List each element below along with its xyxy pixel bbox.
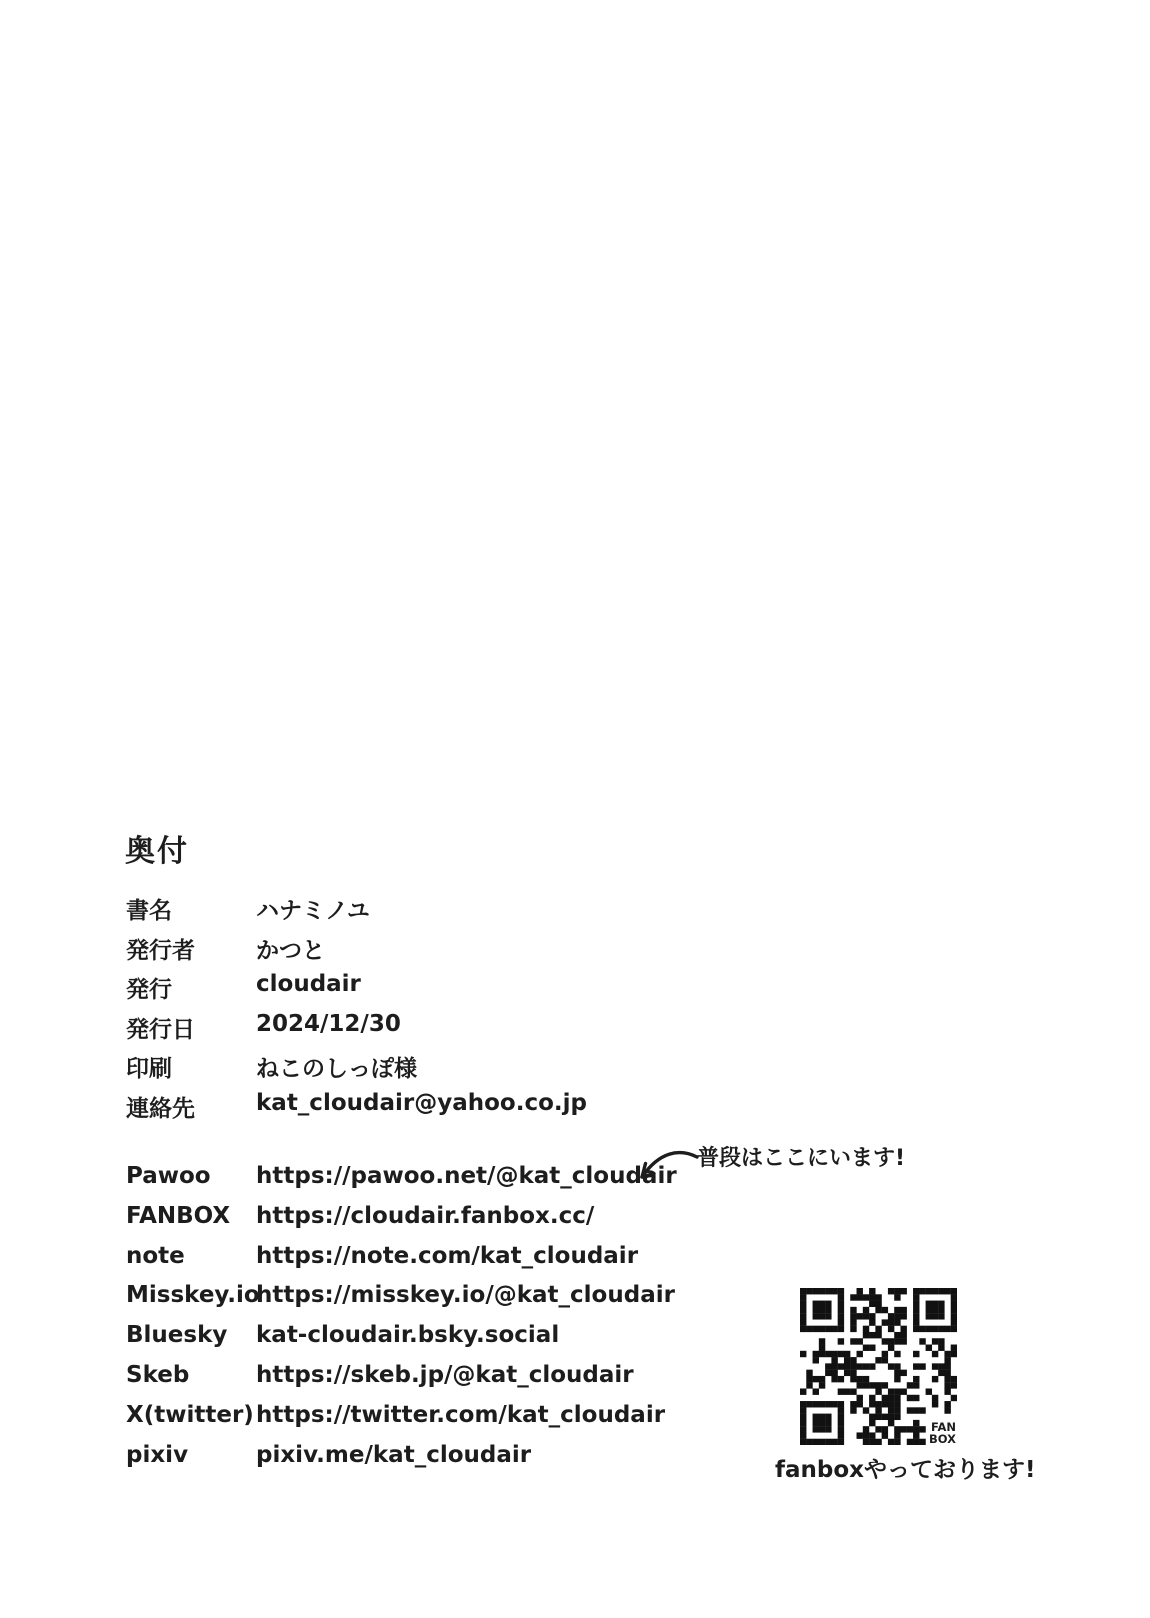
link-label: Pawoo [126, 1163, 256, 1189]
book-title: ハナミノユ [256, 892, 370, 925]
link-url: https://pawoo.net/@kat_cloudair [256, 1163, 677, 1189]
link-row-twitter: X(twitter) https://twitter.com/kat_cloud… [126, 1402, 677, 1442]
contact-email: kat_cloudair@yahoo.co.jp [256, 1090, 587, 1116]
colophon-row: 発行日 2024/12/30 [126, 1011, 587, 1051]
fanbox-qr-logo: FAN BOX [926, 1421, 956, 1445]
link-url: https://skeb.jp/@kat_cloudair [256, 1362, 634, 1388]
curved-arrow-icon [633, 1146, 703, 1188]
link-url: https://note.com/kat_cloudair [256, 1243, 638, 1269]
fanbox-qr-code: FAN BOX [800, 1288, 957, 1445]
link-url: https://twitter.com/kat_cloudair [256, 1402, 665, 1428]
colophon-row: 印刷 ねこのしっぽ様 [126, 1050, 587, 1090]
colophon-label: 印刷 [126, 1050, 256, 1083]
colophon-row: 発行 cloudair [126, 971, 587, 1011]
link-url: kat-cloudair.bsky.social [256, 1322, 559, 1348]
link-row-skeb: Skeb https://skeb.jp/@kat_cloudair [126, 1362, 677, 1402]
colophon-row: 書名 ハナミノユ [126, 892, 587, 932]
link-row-misskey: Misskey.io https://misskey.io/@kat_cloud… [126, 1282, 677, 1322]
fanbox-caption: fanboxやっております! [775, 1451, 1036, 1484]
link-label: Bluesky [126, 1322, 256, 1348]
link-label: Misskey.io [126, 1282, 256, 1308]
link-row-note: note https://note.com/kat_cloudair [126, 1243, 677, 1283]
colophon-label: 書名 [126, 892, 256, 925]
printer-name: ねこのしっぽ様 [256, 1050, 417, 1083]
colophon-label: 発行 [126, 971, 256, 1004]
link-url: https://misskey.io/@kat_cloudair [256, 1282, 675, 1308]
link-url: https://cloudair.fanbox.cc/ [256, 1203, 594, 1229]
link-label: note [126, 1243, 256, 1269]
colophon-label: 発行者 [126, 932, 256, 965]
page-title: 奥付 [125, 826, 189, 870]
publication-date: 2024/12/30 [256, 1011, 401, 1037]
link-label: pixiv [126, 1442, 256, 1468]
handwritten-note: 普段はここにいます! [697, 1141, 905, 1172]
link-label: FANBOX [126, 1203, 256, 1229]
colophon-label: 連絡先 [126, 1090, 256, 1123]
colophon-info: 書名 ハナミノユ 発行者 かつと 発行 cloudair 発行日 2024/12… [126, 892, 587, 1130]
colophon-row: 発行者 かつと [126, 932, 587, 972]
fanbox-qr-logo-line2: BOX [929, 1434, 956, 1446]
link-url: pixiv.me/kat_cloudair [256, 1442, 531, 1468]
social-links: Pawoo https://pawoo.net/@kat_cloudair FA… [126, 1163, 677, 1481]
link-row-bluesky: Bluesky kat-cloudair.bsky.social [126, 1322, 677, 1362]
link-label: X(twitter) [126, 1402, 256, 1428]
publisher-name: かつと [256, 932, 325, 965]
colophon-label: 発行日 [126, 1011, 256, 1044]
link-row-fanbox: FANBOX https://cloudair.fanbox.cc/ [126, 1203, 677, 1243]
colophon-row: 連絡先 kat_cloudair@yahoo.co.jp [126, 1090, 587, 1130]
link-label: Skeb [126, 1362, 256, 1388]
circle-name: cloudair [256, 971, 361, 997]
link-row-pawoo: Pawoo https://pawoo.net/@kat_cloudair [126, 1163, 677, 1203]
link-row-pixiv: pixiv pixiv.me/kat_cloudair [126, 1442, 677, 1482]
colophon-page: 奥付 書名 ハナミノユ 発行者 かつと 発行 cloudair 発行日 2024… [0, 0, 1150, 1618]
